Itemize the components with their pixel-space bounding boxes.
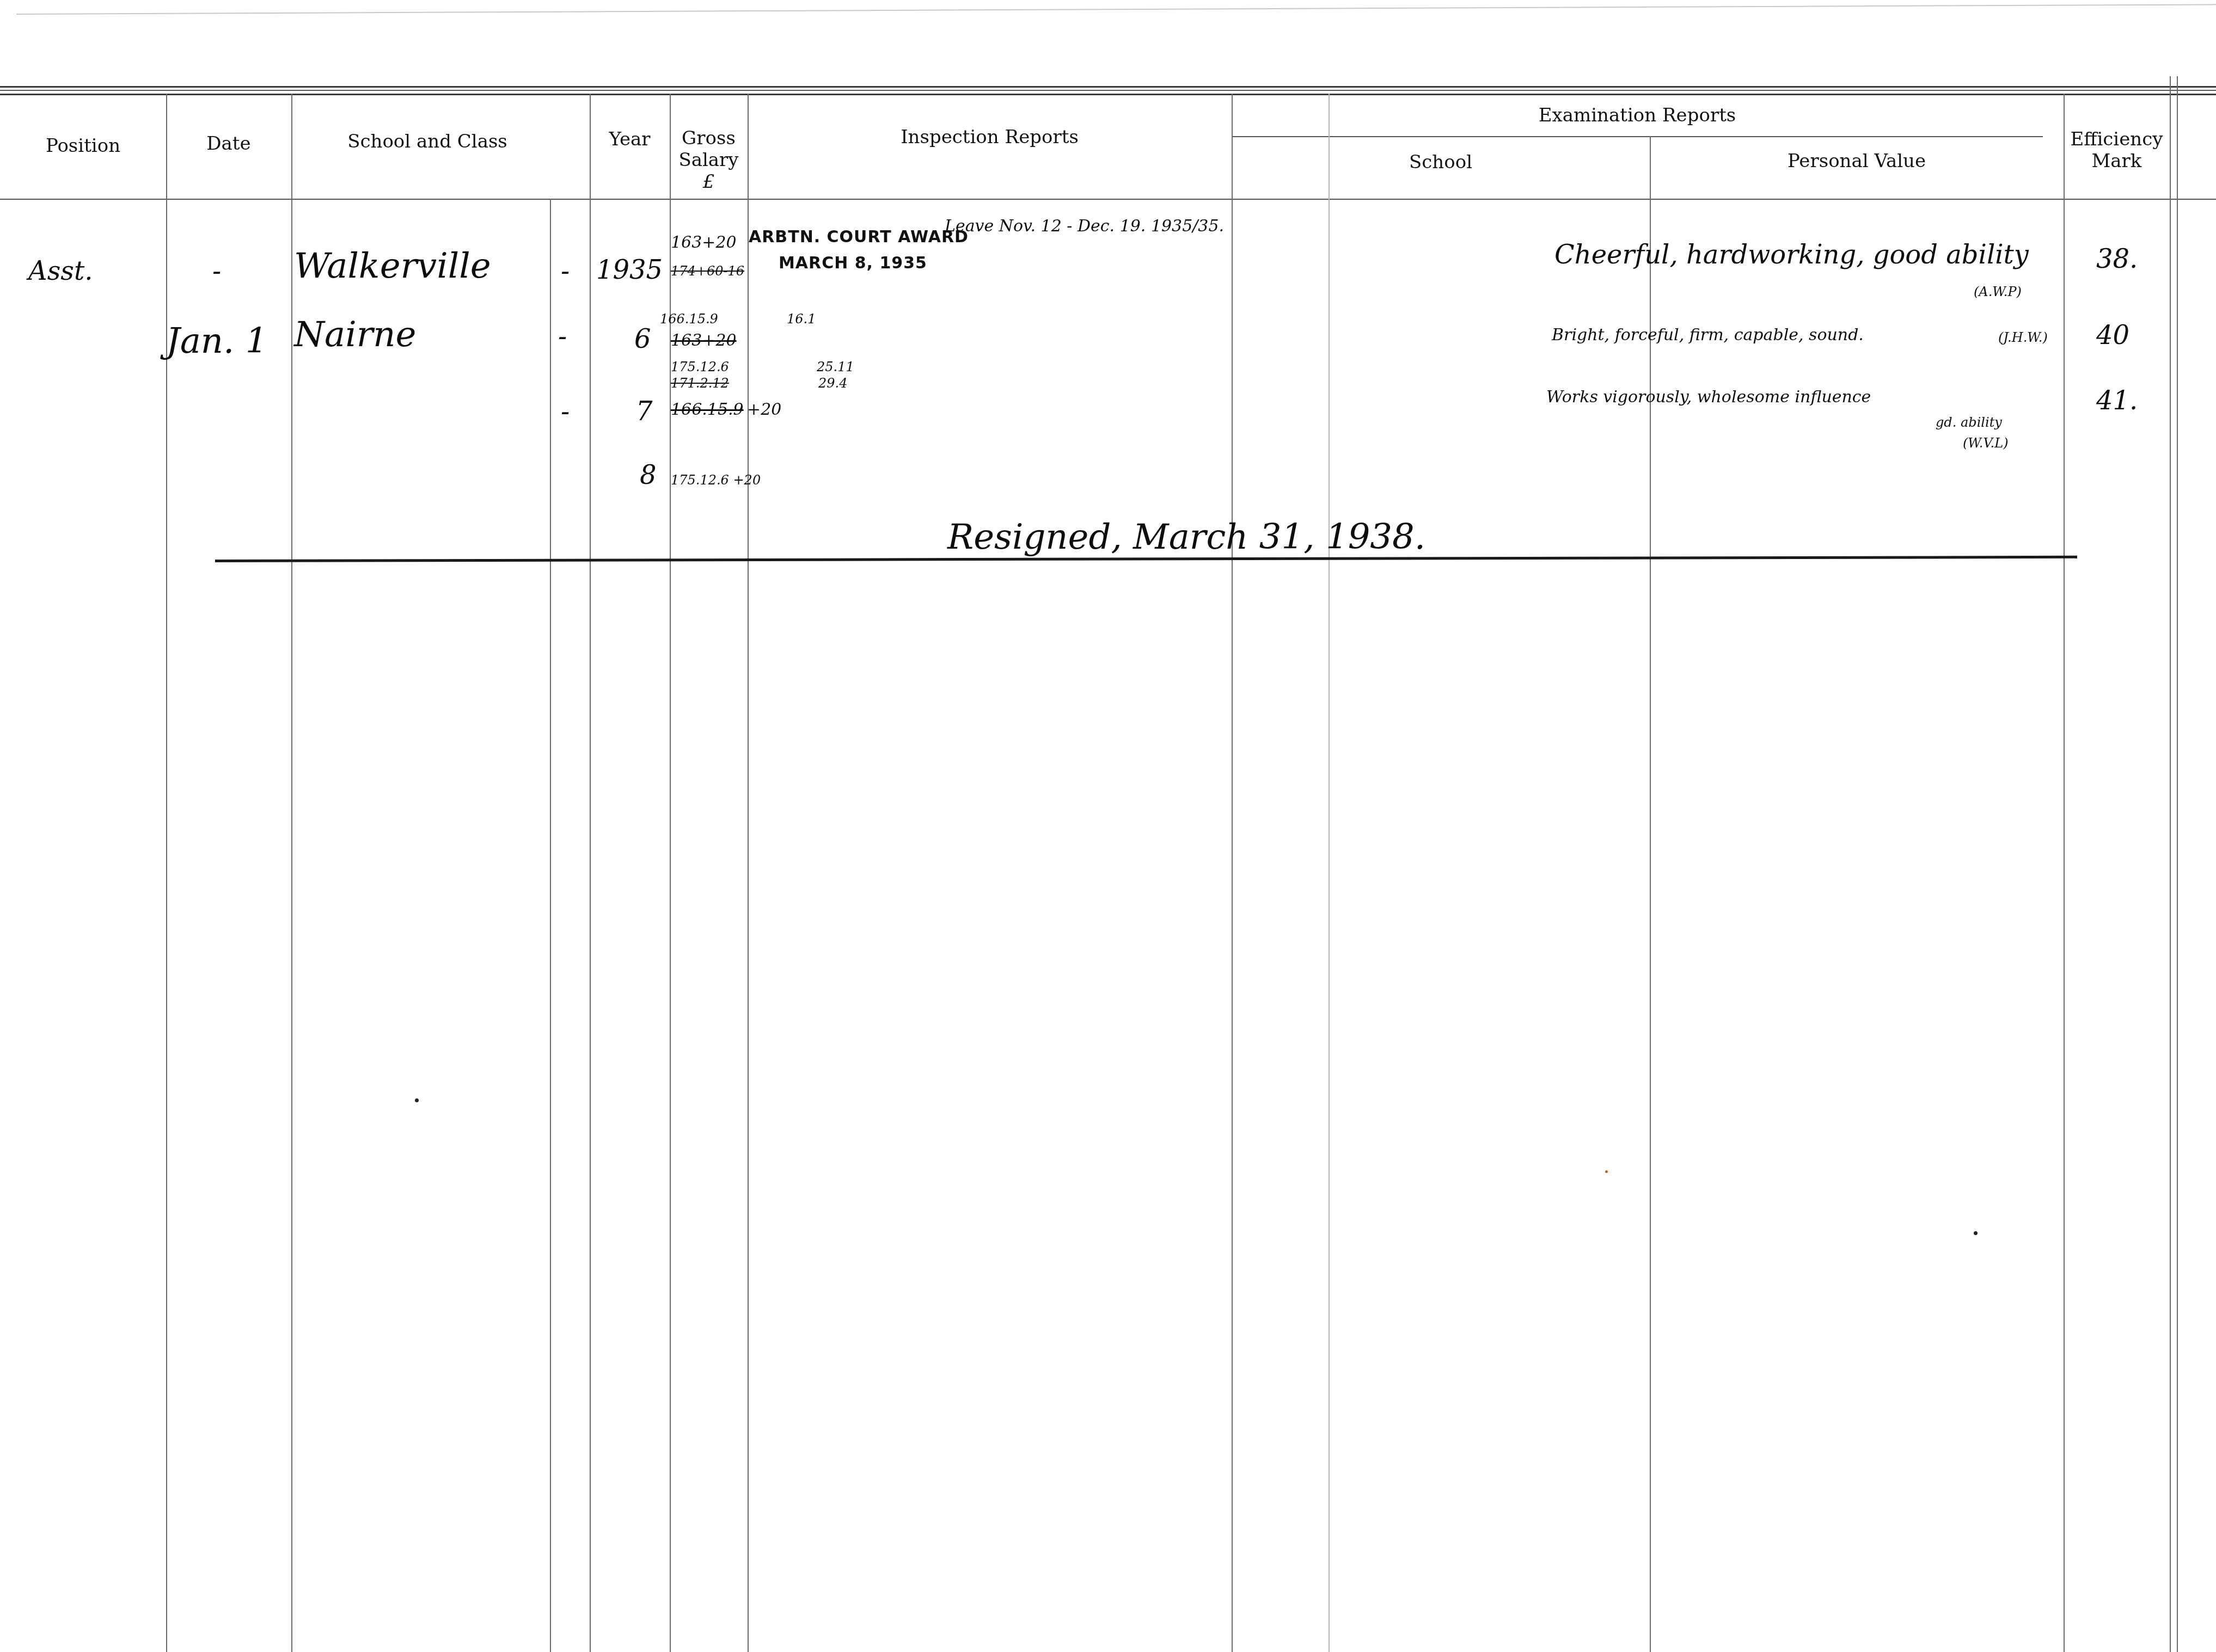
efficiency-mark-2: 40 [2096,320,2129,351]
header-school-and-class: School and Class [291,131,564,152]
col-rule-inspection-exam [1232,94,1233,1652]
arbitration-stamp-line2: MARCH 8, 1935 [779,254,927,273]
salary-1935: 163+20 [671,233,737,252]
col-rule-school-year [590,94,591,1652]
ink-speck [1974,1231,1978,1235]
header-personal-value: Personal Value [1650,150,2064,172]
personal-value-1-initials: (A.W.P) [1974,284,2022,299]
col-rule-faint [1329,94,1330,1652]
col-rule-right-double-1 [2170,76,2171,1652]
header-gross: Gross [670,127,748,149]
salary-1937-struck: 166.15.9 [671,400,744,419]
header-efficiency: Efficiency [2064,128,2170,150]
ink-speck [1605,1170,1608,1173]
header-date: Date [166,133,291,155]
header-efficiency-mark: Efficiency Mark [2064,128,2170,172]
personal-value-3-extra: gd. ability [1936,415,2002,430]
salary-1936: 166.15.9 [660,311,718,327]
personal-value-3: Works vigorously, wholesome influence [1546,388,1871,407]
entry-year-6: 6 [634,324,651,354]
teacher-record-sheet: Position Date School and Class Year Gros… [0,0,2216,1652]
header-top-rule-2 [0,90,2216,91]
header-position: Position [0,135,166,157]
efficiency-mark-1: 38. [2096,244,2138,274]
salary-1937-plus: +20 [747,400,781,419]
entry-year-7: 7 [636,396,653,427]
col-rule-school-sub [550,199,551,1652]
entry-position: Asst. [28,256,93,286]
header-bottom-rule [0,199,2216,200]
personal-value-3-initials: (W.V.L) [1963,435,2009,451]
paper-top-edge [16,4,2216,15]
header-mark: Mark [2064,150,2170,172]
resigned-note: Resigned, March 31, 1938. [947,517,1425,557]
personal-value-2-initials: (J.H.W.) [1998,330,2048,345]
arbitration-stamp-line1: ARBTN. COURT AWARD [749,228,969,247]
col-rule-school-personal [1650,136,1651,1652]
header-exam-school: School [1232,151,1650,173]
col-rule-salary-inspection [748,94,749,1652]
ink-speck [415,1098,419,1102]
leave-note: Leave Nov. 12 - Dec. 19. 1935/35. [945,217,1224,236]
personal-value-1: Cheerful, hardworking, good ability [1554,239,2029,270]
header-top-rule [0,86,2216,88]
pound-sign-icon: £ [670,171,748,193]
salary-1936-struck: 163+20 [671,331,737,350]
inspection-note-1: 16.1 [787,311,816,327]
ditto-mark-2: - [558,321,567,352]
exam-subheader-rule [1232,136,2043,137]
col-rule-year-salary [670,94,671,1652]
entry-school-1: Walkerville [294,246,491,286]
entry-date-2: Jan. 1 [166,321,267,361]
entry-year-8: 8 [640,460,657,490]
header-examination-reports: Examination Reports [1232,105,2043,126]
col-rule-right-double-2 [2177,76,2178,1652]
header-gross-salary: Gross Salary £ [670,127,748,193]
ditto-mark-1: - [561,256,570,286]
entry-date-1: - [212,256,221,286]
inspection-note-3: 29.4 [818,376,847,391]
col-rule-personal-efficiency [2064,94,2065,1652]
salary-1938: 175.12.6 +20 [671,472,761,488]
entry-school-2: Nairne [294,315,416,355]
header-salary: Salary [670,149,748,171]
ditto-mark-3: - [561,396,570,427]
inspection-note-2: 25.11 [817,359,854,374]
col-rule-date-school [291,94,292,1652]
header-year: Year [590,128,670,150]
salary-1936b: 175.12.6 [671,359,729,374]
personal-value-2: Bright, forceful, firm, capable, sound. [1552,326,1864,345]
efficiency-mark-3: 41. [2096,385,2138,416]
entry-year-1935: 1935 [596,255,663,285]
salary-1935-struck: 174+60-16 [671,263,744,279]
header-top-rule-3 [0,94,2216,95]
header-inspection-reports: Inspection Reports [748,126,1232,148]
salary-1936b-struck: 171.2.12 [671,376,729,391]
